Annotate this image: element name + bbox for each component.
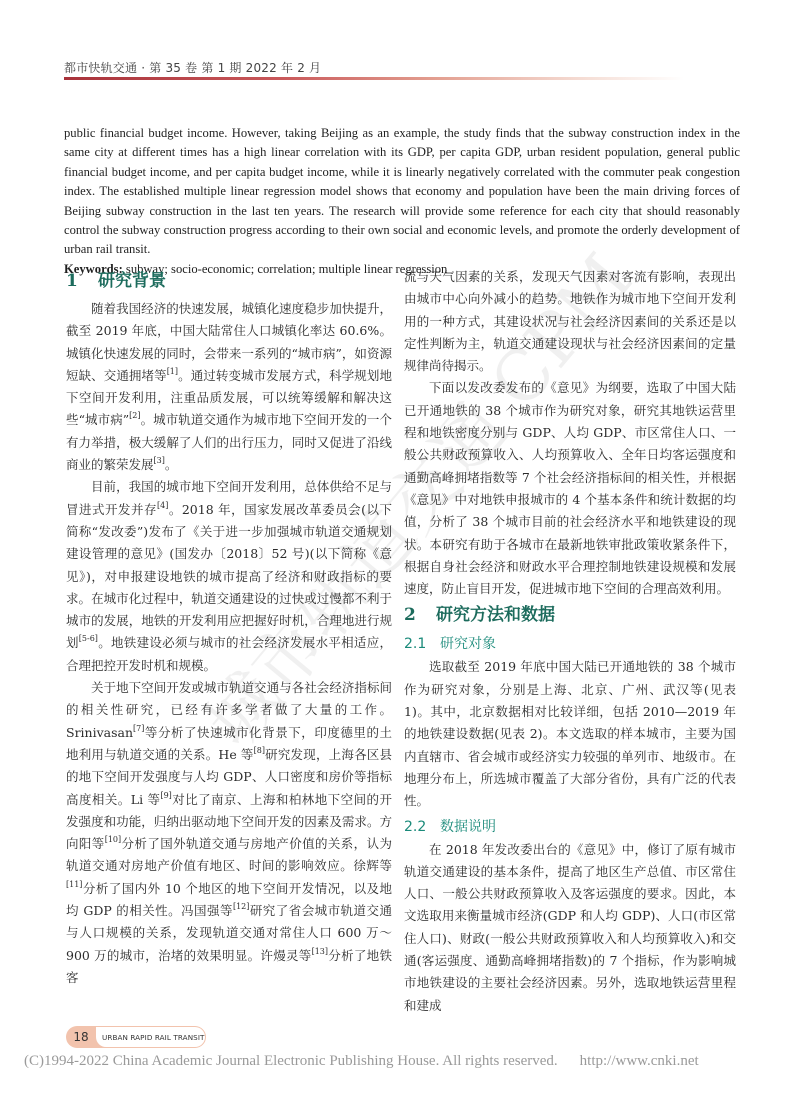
paragraph: 随着我国经济的快速发展，城镇化速度稳步加快提升，截至 2019 年底，中国大陆常… [66, 298, 392, 476]
subsection-title: 数据说明 [440, 819, 496, 835]
cnki-link[interactable]: http://www.cnki.net [580, 1053, 699, 1069]
section-number: 1 [66, 266, 98, 296]
paragraph: 选取截至 2019 年底中国大陆已开通地铁的 38 个城市作为研究对象，分别是上… [404, 656, 736, 812]
text: 。地铁建设必须与城市的社会经济发展水平相适应，合理把控开发时机和规模。 [66, 635, 392, 672]
subsection-number: 2.1 [404, 632, 440, 656]
paragraph: 目前，我国的城市地下空间开发利用，总体供给不足与冒进式开发并存[4]。2018 … [66, 476, 392, 677]
section-title: 研究方法和数据 [436, 605, 555, 625]
citation[interactable]: [12] [233, 902, 249, 911]
citation[interactable]: [9] [160, 791, 171, 800]
paragraph: 关于地下空间开发或城市轨道交通与各社会经济指标间的相关性研究，已经有许多学者做了… [66, 677, 392, 989]
journal-name: URBAN RAPID RAIL TRANSIT [96, 1027, 205, 1047]
citation[interactable]: [5-6] [79, 634, 98, 643]
citation[interactable]: [7] [133, 724, 144, 733]
right-column: 流与天气因素的关系，发现天气因素对客流有影响，表现出由城市中心向外减小的趋势。地… [404, 266, 736, 1017]
citation[interactable]: [11] [66, 880, 82, 889]
text: 。 [165, 457, 178, 472]
subsection-number: 2.2 [404, 815, 440, 839]
section-heading-1: 1研究背景 [66, 266, 392, 296]
citation[interactable]: [3] [154, 456, 165, 465]
subsection-heading-2-2: 2.2数据说明 [404, 815, 736, 839]
section-number: 2 [404, 600, 436, 630]
subsection-title: 研究对象 [440, 636, 496, 652]
text: 。2018 年，国家发展改革委员会(以下简称“发改委”)发布了《关于进一步加强城… [66, 502, 392, 651]
abstract-text: public financial budget income. However,… [64, 124, 740, 260]
english-abstract: public financial budget income. However,… [64, 124, 740, 279]
copyright-line: (C)1994-2022 China Academic Journal Elec… [24, 1053, 699, 1070]
paragraph: 流与天气因素的关系，发现天气因素对客流有影响，表现出由城市中心向外减小的趋势。地… [404, 266, 736, 377]
citation[interactable]: [4] [157, 501, 168, 510]
section-heading-2: 2研究方法和数据 [404, 600, 736, 630]
paragraph: 下面以发改委发布的《意见》为纲要，选取了中国大陆已开通地铁的 38 个城市作为研… [404, 377, 736, 600]
subsection-heading-2-1: 2.1研究对象 [404, 632, 736, 656]
header-rule [64, 77, 684, 80]
citation[interactable]: [2] [129, 411, 140, 420]
paragraph: 在 2018 年发改委出台的《意见》中，修订了原有城市轨道交通建设的基本条件，提… [404, 839, 736, 1017]
page-number: 18 [66, 1030, 96, 1044]
citation[interactable]: [1] [167, 367, 178, 376]
running-head: 都市快轨交通 · 第 35 卷 第 1 期 2022 年 2 月 [64, 59, 321, 76]
citation[interactable]: [8] [254, 746, 265, 755]
citation[interactable]: [13] [312, 947, 328, 956]
left-column: 1研究背景 随着我国经济的快速发展，城镇化速度稳步加快提升，截至 2019 年底… [66, 266, 392, 989]
citation[interactable]: [10] [105, 835, 121, 844]
section-title: 研究背景 [98, 271, 166, 291]
page-folio: 18 URBAN RAPID RAIL TRANSIT [66, 1026, 206, 1048]
copyright-text: (C)1994-2022 China Academic Journal Elec… [24, 1053, 558, 1069]
